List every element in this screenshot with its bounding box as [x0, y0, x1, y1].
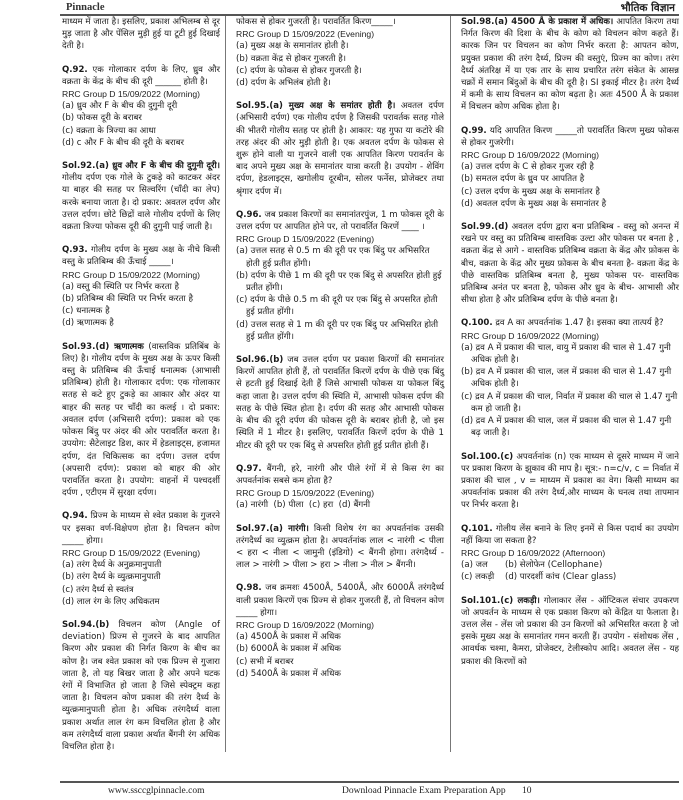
option-a: (a) द्रव A में प्रकाश की चाल, वायु में प… [461, 342, 679, 366]
solution-94: Sol.94.(b) विचलन कोण (Angle of deviation… [62, 619, 220, 752]
question-text: बैंगनी, हरे, नारंगी और पीले रंगों में से… [236, 464, 444, 486]
exam-reference: RRC Group D 15/09/2022 (Morning) [62, 269, 220, 281]
exam-reference: RRC Group D 16/09/2022 (Morning) [461, 149, 679, 161]
question-95-continued: फोकस से होकर गुजरती है। परावर्तित किरण__… [236, 16, 444, 89]
solution-text: (वास्तविक प्रतिबिंब के लिए) है। गोलीय दर… [62, 342, 220, 498]
column-1: माध्यम में जाता है। इसलिए, प्रकाश अभिलम्… [60, 16, 225, 752]
option-a: (a) तरंग दैर्ध्य के अनुक्रमानुपाती [62, 559, 220, 571]
solution-number: Sol.101.(c) [461, 596, 513, 606]
option-c: (c) हरा [309, 499, 333, 511]
subject-title: भौतिक विज्ञान [621, 1, 675, 15]
app-promo: Download Pinnacle Exam Preparation App [342, 786, 506, 796]
question-text: यदि आपतित किरण _____तो परावर्तित किरण मु… [461, 126, 679, 148]
solution-text: विचलन कोण (Angle of deviation) प्रिज्म स… [62, 620, 220, 752]
option-d: (d) ऋणात्मक है [62, 317, 220, 329]
brand-name: Pinnacle [66, 2, 105, 13]
solution-text: अवतल दर्पण (अभिसारी दर्पण) एक गोलीय दर्प… [236, 101, 444, 196]
exam-reference: RRC Group D 15/09/2022 (Evening) [236, 487, 444, 499]
option-d: (d) पारदर्शी कांच (Clear glass) [505, 571, 616, 583]
solution-text: गोलीय दर्पण एक गोले के टुकड़े को काटकर अ… [62, 173, 220, 232]
option-b: (b) द्रव A में प्रकाश की चाल, जल में प्र… [461, 366, 679, 390]
option-b: (b) वक्रता केंद्र से होकर गुजरती है। [236, 53, 444, 65]
solution-number: Sol.97.(a) [236, 524, 283, 534]
question-92: Q.92. एक गोलाकार दर्पण के लिए, ध्रुव और … [62, 64, 220, 149]
question-number: Q.96. [236, 210, 262, 220]
option-a: (a) मुख्य अक्ष के समानांतर होती है। [236, 40, 444, 52]
option-c: (c) तरंग दैर्ध्य से स्वतंत्र [62, 584, 220, 596]
exam-reference: RRC Group D 16/09/2022 (Afternoon) [461, 547, 679, 559]
solution-text: अवतल दर्पण द्वारा बना प्रतिबिम्ब - वस्तु… [461, 222, 679, 305]
question-text: जब क्रमशः 4500Å, 5400Å, और 6000Å तरंगदैर… [236, 583, 444, 617]
options-row-1: (a) जल(b) सेलोफेन (Cellophane) [461, 559, 679, 571]
solution-answer: 4500 Å के प्रकाश में अधिक। [508, 17, 613, 27]
option-c: (c) लकड़ी [461, 571, 505, 583]
option-a: (a) उत्तल दर्पण के C से होकर गुजर रही है [461, 161, 679, 173]
option-c: (c) दर्पण के फोकस से होकर गुजरती है। [236, 65, 444, 77]
option-b: (b) समतल दर्पण के ध्रुव पर आपतित है [461, 173, 679, 185]
option-c: (c) उत्तल दर्पण के मुख्य अक्ष के समानांत… [461, 186, 679, 198]
solution-answer: ध्रुव और F के बीच की दुगुनी दूरी। [109, 161, 220, 171]
solution-93: Sol.93.(d) ऋणात्मक (वास्तविक प्रतिबिंब क… [62, 341, 220, 500]
column-3: Sol.98.(a) 4500 Å के प्रकाश में अधिक। आप… [451, 16, 681, 752]
exam-reference: RRC Group D 15/09/2022 (Evening) [62, 547, 220, 559]
question-text: जब प्रकाश किरणों का समानांतरपुंज, 1 m फो… [236, 210, 444, 232]
solution-number: Sol.99.(d) [461, 222, 508, 232]
option-a: (a) नारंगी [236, 499, 268, 511]
option-c: (c) धनात्मक है [62, 305, 220, 317]
solution-96: Sol.96.(b) जब उत्तल दर्पण पर प्रकाश किरण… [236, 354, 444, 452]
question-97: Q.97. बैंगनी, हरे, नारंगी और पीले रंगों … [236, 463, 444, 512]
option-d: (d) c और F के बीच की दूरी के बराबर [62, 137, 220, 149]
page-footer: www.ssccglpinnacle.com Download Pinnacle… [0, 783, 683, 799]
option-d: (d) अवतल दर्पण के मुख्य अक्ष के समानांतर… [461, 198, 679, 210]
option-a: (a) ध्रुव और F के बीच की दुगुनी दूरी [62, 100, 220, 112]
question-text: फोकस से होकर गुजरती है। परावर्तित किरण__… [236, 17, 396, 27]
options-row-2: (c) लकड़ी(d) पारदर्शी कांच (Clear glass) [461, 571, 679, 583]
option-b: (b) फोकस दूरी के बराबर [62, 112, 220, 124]
continued-text: माध्यम में जाता है। इसलिए, प्रकाश अभिलम्… [62, 16, 220, 53]
option-c: (c) द्रव A में प्रकाश की चाल, निर्वात मे… [461, 391, 679, 415]
column-2: फोकस से होकर गुजरती है। परावर्तित किरण__… [225, 16, 451, 752]
solution-101: Sol.101.(c) लकड़ी। गोलाकार लेंस - ऑप्टिक… [461, 595, 679, 668]
paragraph: माध्यम में जाता है। इसलिए, प्रकाश अभिलम्… [62, 17, 220, 51]
exam-reference: RRC Group D 16/09/2022 (Morning) [461, 330, 679, 342]
question-96: Q.96. जब प्रकाश किरणों का समानांतरपुंज, … [236, 209, 444, 343]
option-b: (b) प्रतिबिम्ब की स्थिति पर निर्भर करता … [62, 293, 220, 305]
question-number: Q.100. [461, 318, 493, 328]
option-a: (a) 4500Å के प्रकाश में अधिक [236, 631, 444, 643]
solution-number: Sol.95.(a) [236, 101, 283, 111]
question-100: Q.100. द्रव A का अपवर्तनांक 1.47 है। इसक… [461, 317, 679, 439]
question-98: Q.98. जब क्रमशः 4500Å, 5400Å, और 6000Å त… [236, 582, 444, 680]
option-c: (c) सभी में बराबर [236, 656, 444, 668]
question-text: गोलीय लेंस बनाने के लिए इनमें से किस पदा… [461, 524, 679, 546]
solution-text: जब उत्तल दर्पण पर प्रकाश किरणों की समाना… [236, 355, 444, 450]
solution-answer: लकड़ी। [513, 596, 540, 606]
option-a: (a) जल [461, 559, 505, 571]
solution-text: गोलाकार लेंस - ऑप्टिकल संचार उपकरण जो अप… [461, 596, 679, 667]
question-101: Q.101. गोलीय लेंस बनाने के लिए इनमें से … [461, 523, 679, 584]
solution-text: आपतित किरण तथा निर्गत किरण की दिशा के बी… [461, 17, 679, 112]
option-c: (c) वक्रता के त्रिज्या का आधा [62, 125, 220, 137]
option-c: (c) दर्पण के पीछे 0.5 m की दूरी पर एक बि… [236, 294, 444, 318]
content-columns: माध्यम में जाता है। इसलिए, प्रकाश अभिलम्… [60, 16, 681, 752]
option-d: (d) 5400Å के प्रकाश में अधिक [236, 668, 444, 680]
question-93: Q.93. गोलीय दर्पण के मुख्य अक्ष के नीचे … [62, 244, 220, 329]
solution-98: Sol.98.(a) 4500 Å के प्रकाश में अधिक। आप… [461, 16, 679, 114]
options-row: (a) नारंगी (b) पीला (c) हरा (d) बैंगनी [236, 499, 444, 511]
solution-number: Sol.98.(a) [461, 17, 508, 27]
option-d: (d) दर्पण के अभिलंब होती है। [236, 77, 444, 89]
option-a: (a) वस्तु की स्थिति पर निर्भर करता है [62, 281, 220, 293]
solution-number: Sol.100.(c) [461, 452, 513, 462]
option-b: (b) तरंग दैर्ध्य के व्युत्क्रमानुपाती [62, 571, 220, 583]
option-a: (a) उत्तल सतह से 0.5 m की दूरी पर एक बिं… [236, 245, 444, 269]
question-number: Q.98. [236, 583, 262, 593]
exam-reference: RRC Group D 15/09/2022 (Evening) [236, 28, 444, 40]
solution-answer: ऋणात्मक [109, 342, 144, 352]
solution-answer: नारंगी। [283, 524, 309, 534]
solution-92: Sol.92.(a) ध्रुव और F के बीच की दुगुनी द… [62, 160, 220, 233]
exam-reference: RRC Group D 15/09/2022 (Evening) [236, 233, 444, 245]
question-text: द्रव A का अपवर्तनांक 1.47 है। इसका क्या … [493, 318, 664, 328]
solution-answer: मुख्य अक्ष के समांतर होती है। [283, 101, 395, 111]
website-link[interactable]: www.ssccglpinnacle.com [108, 786, 204, 796]
solution-100: Sol.100.(c) अपवर्तनांक (n) एक माध्यम से … [461, 451, 679, 512]
solution-99: Sol.99.(d) अवतल दर्पण द्वारा बना प्रतिबि… [461, 221, 679, 306]
option-d: (d) बैंगनी [339, 499, 370, 511]
question-94: Q.94. प्रिज्म के माध्यम से श्वेत प्रकाश … [62, 510, 220, 608]
option-b: (b) पीला [274, 499, 304, 511]
question-99: Q.99. यदि आपतित किरण _____तो परावर्तित क… [461, 125, 679, 210]
option-d: (d) उत्तल सतह से 1 m की दूरी पर एक बिंदु… [236, 319, 444, 343]
solution-97: Sol.97.(a) नारंगी। किसी विशेष रंग का अपव… [236, 523, 444, 572]
question-number: Q.97. [236, 464, 262, 474]
page-number: 10 [522, 786, 532, 796]
solution-number: Sol.96.(b) [236, 355, 283, 365]
exam-reference: RRC Group D 16/09/2022 (Morning) [236, 619, 444, 631]
solution-number: Sol.92.(a) [62, 161, 109, 171]
question-number: Q.92. [62, 65, 88, 75]
option-b: (b) 6000Å के प्रकाश में अधिक [236, 643, 444, 655]
question-number: Q.93. [62, 245, 88, 255]
exam-reference: RRC Group D 15/09/2022 (Morning) [62, 88, 220, 100]
option-d: (d) द्रव A में प्रकाश की चाल, जल में प्र… [461, 415, 679, 439]
question-number: Q.99. [461, 126, 487, 136]
option-b: (b) दर्पण के पीछे 1 m की दूरी पर एक बिंद… [236, 270, 444, 294]
question-number: Q.101. [461, 524, 493, 534]
option-d: (d) लाल रंग के लिए अधिकतम [62, 596, 220, 608]
option-b: (b) सेलोफेन (Cellophane) [505, 559, 602, 571]
solution-95: Sol.95.(a) मुख्य अक्ष के समांतर होती है।… [236, 100, 444, 198]
solution-number: Sol.93.(d) [62, 342, 109, 352]
solution-number: Sol.94.(b) [62, 620, 109, 630]
question-number: Q.94. [62, 511, 88, 521]
